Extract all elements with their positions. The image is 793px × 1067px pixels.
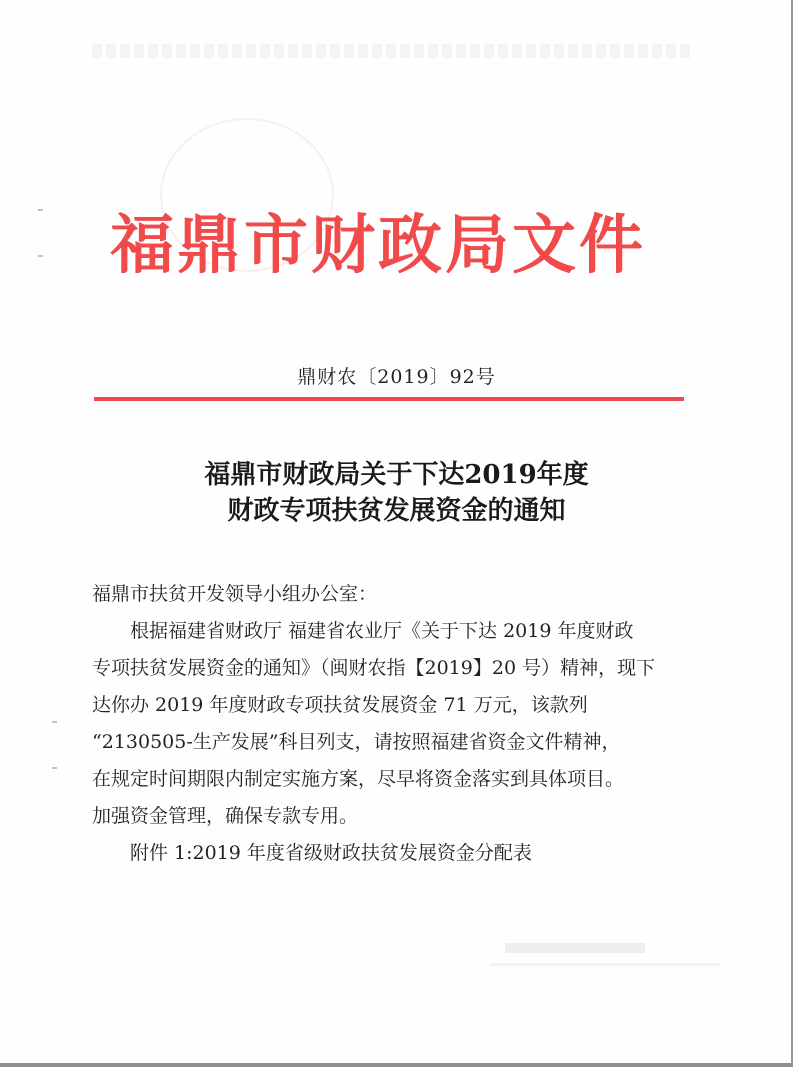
bleed-through-text xyxy=(92,44,692,58)
notice-title-line-1: 福鼎市财政局关于下达2019年度 xyxy=(0,457,793,493)
bleed-through-text xyxy=(505,943,645,953)
notice-title: 福鼎市财政局关于下达2019年度 财政专项扶贫发展资金的通知 xyxy=(0,457,793,529)
document-page: 福鼎市财政局文件 鼎财农〔2019〕92号 福鼎市财政局关于下达2019年度 财… xyxy=(0,0,793,1067)
body-line: 根据福建省财政厅 福建省农业厅《关于下达 2019 年度财政 xyxy=(92,613,692,650)
attachment-note: 附件 1:2019 年度省级财政扶贫发展资金分配表 xyxy=(92,835,692,872)
body-line: 达你办 2019 年度财政专项扶贫发展资金 71 万元，该款列 xyxy=(92,687,692,724)
notice-title-line-2: 财政专项扶贫发展资金的通知 xyxy=(0,493,793,529)
binding-hole-mark xyxy=(52,721,57,723)
body-line: 在规定时间期限内制定实施方案，尽早将资金落实到具体项目。 xyxy=(92,761,692,798)
document-number: 鼎财农〔2019〕92号 xyxy=(0,364,793,390)
document-body: 福鼎市扶贫开发领导小组办公室： 根据福建省财政厅 福建省农业厅《关于下达 201… xyxy=(92,576,692,872)
salutation: 福鼎市扶贫开发领导小组办公室： xyxy=(92,576,692,613)
binding-hole-mark xyxy=(52,767,57,769)
body-line: 加强资金管理，确保专款专用。 xyxy=(92,798,692,835)
body-line: 专项扶贫发展资金的通知》（闽财农指【2019】20 号）精神，现下 xyxy=(92,650,692,687)
bleed-through-line xyxy=(490,963,720,966)
red-divider-line xyxy=(94,397,684,401)
binding-hole-mark xyxy=(38,209,43,211)
issuing-authority-header: 福鼎市财政局文件 xyxy=(110,206,670,286)
binding-hole-mark xyxy=(38,255,43,257)
body-line: “2130505-生产发展”科目列支，请按照福建省资金文件精神， xyxy=(92,724,692,761)
